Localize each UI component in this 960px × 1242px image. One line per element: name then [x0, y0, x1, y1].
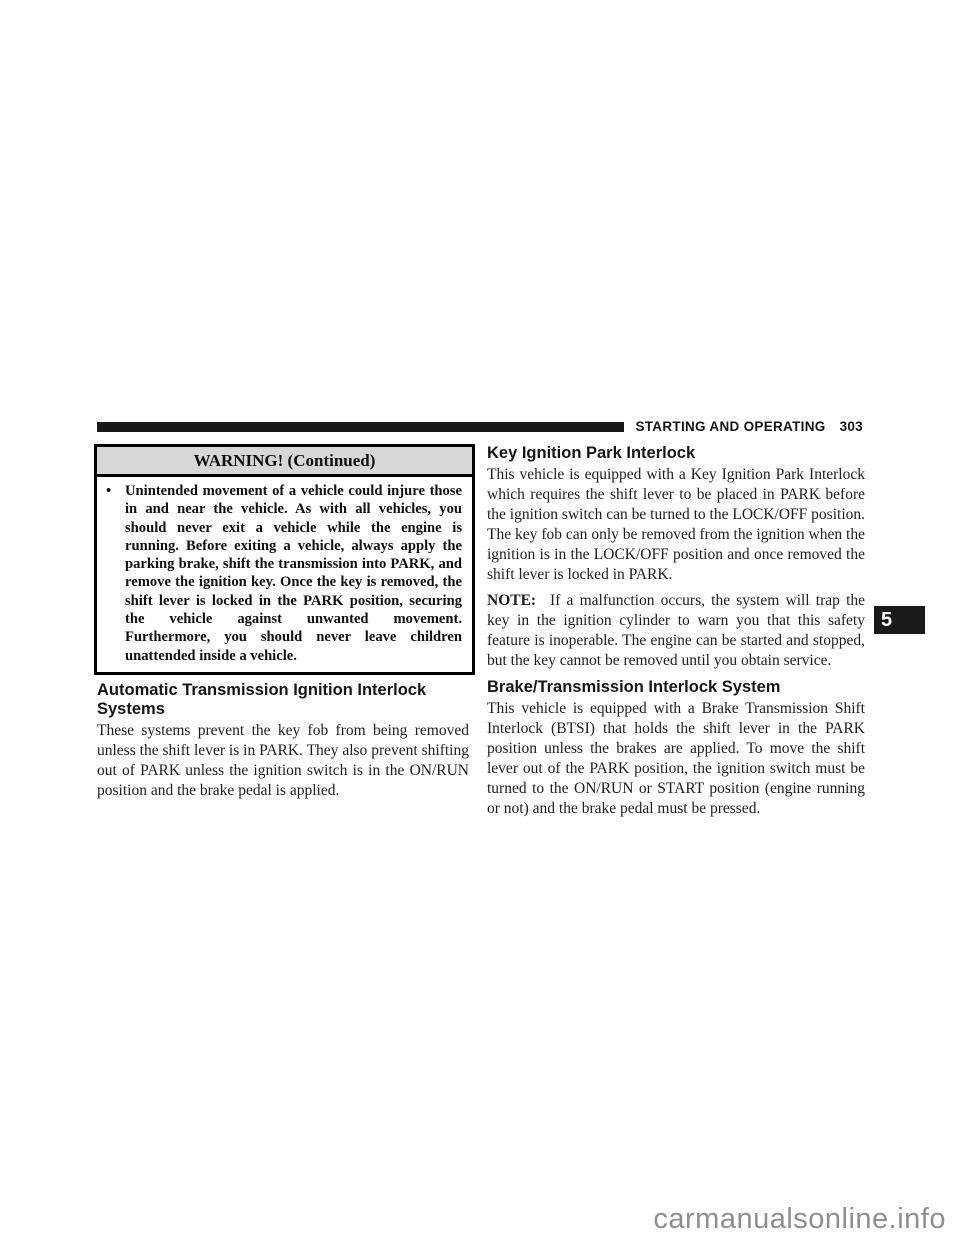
heading-key-ignition-park-interlock: Key Ignition Park Interlock — [487, 444, 865, 463]
warning-box: WARNING! (Continued) • Unintended moveme… — [94, 444, 475, 675]
note-text: If a malfunction occurs, the system will… — [487, 592, 865, 669]
paragraph-interlock-systems: These systems prevent the key fob from b… — [97, 721, 469, 801]
bullet-marker: • — [106, 482, 125, 665]
warning-box-title: WARNING! (Continued) — [97, 447, 472, 477]
note-label: NOTE: — [487, 592, 544, 609]
watermark-text: carmanualsonline.info — [653, 1203, 946, 1236]
manual-page: STARTING AND OPERATING 303 WARNING! (Con… — [0, 0, 960, 1242]
paragraph-brake-transmission-interlock: This vehicle is equipped with a Brake Tr… — [487, 699, 865, 819]
heading-brake-transmission-interlock-system: Brake/Transmission Interlock System — [487, 678, 865, 697]
warning-bullet-text: Unintended movement of a vehicle could i… — [125, 482, 462, 665]
note-paragraph: NOTE: If a malfunction occurs, the syste… — [487, 591, 865, 671]
header-rule-bar — [97, 422, 624, 432]
left-column: Automatic Transmission Ignition Interloc… — [97, 681, 469, 801]
right-column: Key Ignition Park Interlock This vehicle… — [487, 444, 865, 819]
chapter-tab-5: 5 — [874, 606, 925, 634]
warning-box-body: • Unintended movement of a vehicle could… — [97, 477, 472, 672]
page-number: 303 — [840, 419, 863, 434]
heading-automatic-transmission-ignition-interlock-systems: Automatic Transmission Ignition Interloc… — [97, 681, 469, 719]
paragraph-key-ignition-park-interlock: This vehicle is equipped with a Key Igni… — [487, 465, 865, 585]
chapter-title: STARTING AND OPERATING — [635, 419, 825, 434]
running-header: STARTING AND OPERATING 303 — [97, 419, 863, 434]
